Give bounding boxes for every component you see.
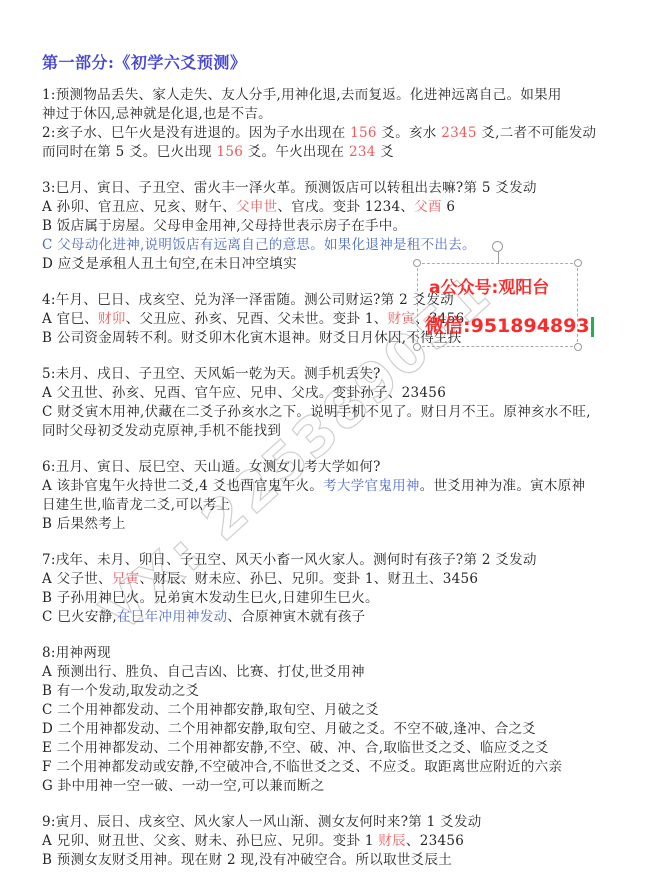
text-segment: 爻。午火出现在	[243, 144, 349, 160]
text-segment: C 二个用神都发动、二个用神都安静,取旬空、月破之爻	[42, 702, 379, 718]
text-segment: 而同时在第 5 爻。巳火出现	[42, 144, 216, 160]
text-segment: A 父丑世、孙亥、兄酉、官午应、兄申、父戌。变卦孙子、23456	[42, 385, 446, 401]
text-line: A 兄卯、财丑世、父亥、财未、孙巳应、兄卯。变卦 1 财辰、23456	[42, 832, 612, 851]
text-segment: 5:未月、戌日、子丑空、天风姤一乾为天。测手机丢失?	[42, 366, 381, 382]
text-segment: B 有一个发动,取发动之爻	[42, 683, 199, 699]
text-segment: G 卦中用神一空一破、一动一空,可以兼而断之	[42, 778, 324, 794]
text-line: C 父母动化进神,说明饭店有远离自己的意思。如果化退神是租不出去。	[42, 236, 612, 255]
text-segment: 同时父母初爻发动克原神,手机不能找到	[42, 423, 281, 439]
text-segment: 、官戌。变卦 1234、	[277, 199, 414, 215]
text-segment: 神过于休囚,忌神就是化退,也是不吉。	[42, 106, 272, 122]
text-line: 7:戌年、未月、卯日、子丑空、风天小畜一风火家人。测何时有孩子?第 2 爻发动	[42, 551, 612, 570]
text-segment: C 父母动化进神,说明饭店有远离自己的意思。如果化退神是租不出去。	[42, 237, 476, 253]
text-line: B 饭店属于房屋。父母申金用神,父母持世表示房子在手中。	[42, 217, 612, 236]
text-line: 同时父母初爻发动克原神,手机不能找到	[42, 422, 612, 441]
text-line: A 孙卯、官丑应、兄亥、财午、父申世、官戌。变卦 1234、父酉 6	[42, 198, 612, 217]
text-segment: 日建生世,临青龙二爻,可以考上	[42, 497, 231, 513]
text-segment: D 应爻是承租人丑土旬空,在未日冲空填实	[42, 256, 297, 272]
text-line: 5:未月、戌日、子丑空、天风姤一乾为天。测手机丢失?	[42, 365, 612, 384]
text-line: F 二个用神都发动或安静,不空破冲合,不临世爻之爻、不应爻。取距离世应附近的六亲	[42, 758, 612, 777]
text-segment: E 二个用神都发动、二个用神都安静,不空、破、冲、合,取临世爻之爻、临应爻之爻	[42, 740, 549, 756]
text-segment: 考大学官鬼用神	[323, 478, 420, 494]
text-line: 3:巳月、寅日、子丑空、雷火丰一泽火革。预测饭店可以转租出去嘛?第 5 爻发动	[42, 179, 612, 198]
text-line: E 二个用神都发动、二个用神都安静,不空、破、冲、合,取临世爻之爻、临应爻之爻	[42, 739, 612, 758]
text-line: 8:用神两现	[42, 644, 612, 663]
text-segment: 。世爻用神为准。寅木原神	[420, 478, 586, 494]
text-segment: B 后果然考上	[42, 516, 126, 532]
text-segment: 父酉	[414, 199, 442, 215]
text-segment: 爻。亥水	[377, 125, 441, 141]
text-segment: A 官巳、	[42, 311, 98, 327]
text-line: G 卦中用神一空一破、一动一空,可以兼而断之	[42, 777, 612, 796]
contact-wechat-label: 微信:951894893	[425, 315, 590, 337]
text-segment: 2:亥子水、巳午火是没有进退的。因为子水出现在	[42, 125, 350, 141]
text-line: 9:寅月、辰日、戌亥空、风火家人一风山渐、测女友何时来?第 1 爻发动	[42, 813, 612, 832]
text-line: B 子孙用神巳火。兄弟寅木发动生巳火,日建卯生巳火。	[42, 589, 612, 608]
text-segment: A 父子世、	[42, 571, 112, 587]
text-segment: 4:午月、巳日、戌亥空、兑为泽一泽雷随。测公司财运?第 2 爻发动	[42, 292, 454, 308]
resize-handle-top-right[interactable]	[574, 259, 582, 267]
contact-public-account-text[interactable]: a公众号:观阳台	[429, 273, 549, 298]
text-line: A 预测出行、胜负、自己吉凶、比赛、打仗,世爻用神	[42, 663, 612, 682]
text-line: A 父子世、兄寅、财辰、财未应、孙巳、兄卯。变卦 1、财丑土、3456	[42, 570, 612, 589]
text-segment: 兄寅	[112, 571, 140, 587]
document-page: 第一部分:《初学六爻预测》 1:预测物品丢失、家人走失、友人分手,用神化退,去而…	[0, 0, 648, 874]
paragraph: 1:预测物品丢失、家人走失、友人分手,用神化退,去而复返。化进神远离自己。如果用…	[42, 86, 612, 162]
paragraph: 6:丑月、寅日、辰巳空、天山遁。女测女儿考大学如何?A 该卦官鬼午火持世二爻,4…	[42, 458, 612, 534]
text-segment: A 预测出行、胜负、自己吉凶、比赛、打仗,世爻用神	[42, 664, 365, 680]
page-title: 第一部分:《初学六爻预测》	[42, 52, 612, 74]
text-segment: C 财爻寅木用神,伏藏在二爻子孙亥水之下。说明手机不见了。财日月不王。原神亥水不…	[42, 404, 591, 420]
text-segment: 6:丑月、寅日、辰巳空、天山遁。女测女儿考大学如何?	[42, 459, 381, 475]
text-segment: 、财辰、财未应、孙巳、兄卯。变卦 1、财丑土、3456	[139, 571, 478, 587]
text-segment: 爻,二者不可能发动	[477, 125, 597, 141]
text-line: B 后果然考上	[42, 515, 612, 534]
text-line: C 二个用神都发动、二个用神都安静,取旬空、月破之爻	[42, 701, 612, 720]
text-segment: A 孙卯、官丑应、兄亥、财午、	[42, 199, 236, 215]
text-segment: B 饭店属于房屋。父母申金用神,父母持世表示房子在手中。	[42, 218, 406, 234]
text-segment: 156	[216, 144, 243, 160]
text-segment: 6	[442, 199, 455, 215]
text-segment: 、合原神寅木就有孩子	[227, 609, 365, 625]
text-line: C 财爻寅木用神,伏藏在二爻子孙亥水之下。说明手机不见了。财日月不王。原神亥水不…	[42, 403, 612, 422]
text-line: 神过于休囚,忌神就是化退,也是不吉。	[42, 105, 612, 124]
contact-textbox[interactable]: a公众号:观阳台 微信:951894893	[417, 263, 578, 347]
text-segment: 9:寅月、辰日、戌亥空、风火家人一风山渐、测女友何时来?第 1 爻发动	[42, 814, 482, 830]
paragraph: 8:用神两现A 预测出行、胜负、自己吉凶、比赛、打仗,世爻用神B 有一个发动,取…	[42, 644, 612, 796]
resize-handle-top-left[interactable]	[413, 259, 421, 267]
text-segment: 2345	[441, 125, 477, 141]
text-segment: 7:戌年、未月、卯日、子丑空、风天小畜一风火家人。测何时有孩子?第 2 爻发动	[42, 552, 537, 568]
text-segment: 爻	[376, 144, 394, 160]
paragraph: 7:戌年、未月、卯日、子丑空、风天小畜一风火家人。测何时有孩子?第 2 爻发动A…	[42, 551, 612, 627]
text-segment: 财寅	[388, 311, 416, 327]
text-cursor	[591, 317, 594, 337]
text-line: B 有一个发动,取发动之爻	[42, 682, 612, 701]
paragraph: 9:寅月、辰日、戌亥空、风火家人一风山渐、测女友何时来?第 1 爻发动A 兄卯、…	[42, 813, 612, 870]
text-segment: B 预测女友财爻用神。现在财 2 现,没有冲破空合。所以取世爻辰土	[42, 852, 452, 868]
text-line: A 该卦官鬼午火持世二爻,4 爻也酉官鬼午火。考大学官鬼用神。世爻用神为准。寅木…	[42, 477, 612, 496]
text-segment: 3:巳月、寅日、子丑空、雷火丰一泽火革。预测饭店可以转租出去嘛?第 5 爻发动	[42, 180, 537, 196]
text-line: A 父丑世、孙亥、兄酉、官午应、兄申、父戌。变卦孙子、23456	[42, 384, 612, 403]
text-segment: 、父丑应、孙亥、兄酉、父未世。变卦 1、	[126, 311, 388, 327]
paragraph: 5:未月、戌日、子丑空、天风姤一乾为天。测手机丢失?A 父丑世、孙亥、兄酉、官午…	[42, 365, 612, 441]
text-segment: F 二个用神都发动或安静,不空破冲合,不临世爻之爻、不应爻。取距离世应附近的六亲	[42, 759, 562, 775]
text-segment: 1:预测物品丢失、家人走失、友人分手,用神化退,去而复返。化进神远离自己。如果用	[42, 87, 562, 103]
rotate-handle-stem	[498, 252, 499, 264]
text-line: B 预测女友财爻用神。现在财 2 现,没有冲破空合。所以取世爻辰土	[42, 851, 612, 870]
text-segment: 156	[350, 125, 377, 141]
contact-wechat-text[interactable]: 微信:951894893	[425, 311, 594, 338]
text-segment: 父申世	[236, 199, 277, 215]
text-segment: A 兄卯、财丑世、父亥、财未、孙巳应、兄卯。变卦 1	[42, 833, 378, 849]
text-segment: B 公司资金周转不利。财爻卯木化寅木退神。财爻日月休囚,不得生扶	[42, 330, 462, 346]
text-segment: 8:用神两现	[42, 645, 111, 661]
text-line: 而同时在第 5 爻。巳火出现 156 爻。午火出现在 234 爻	[42, 143, 612, 162]
text-segment: 、23456	[406, 833, 464, 849]
text-segment: 在巳年冲用神发动	[117, 609, 227, 625]
resize-handle-bottom-right[interactable]	[574, 343, 582, 351]
text-line: 1:预测物品丢失、家人走失、友人分手,用神化退,去而复返。化进神远离自己。如果用	[42, 86, 612, 105]
text-line: 6:丑月、寅日、辰巳空、天山遁。女测女儿考大学如何?	[42, 458, 612, 477]
resize-handle-bottom-left[interactable]	[413, 343, 421, 351]
text-segment: 234	[349, 144, 376, 160]
text-segment: C 巳火安静,	[42, 609, 117, 625]
text-segment: B 子孙用神巳火。兄弟寅木发动生巳火,日建卯生巳火。	[42, 590, 379, 606]
text-line: C 巳火安静,在巳年冲用神发动、合原神寅木就有孩子	[42, 608, 612, 627]
paragraph: 3:巳月、寅日、子丑空、雷火丰一泽火革。预测饭店可以转租出去嘛?第 5 爻发动A…	[42, 179, 612, 274]
text-segment: A 该卦官鬼午火持世二爻,4 爻也酉官鬼午火。	[42, 478, 323, 494]
document-body: 1:预测物品丢失、家人走失、友人分手,用神化退,去而复返。化进神远离自己。如果用…	[42, 86, 612, 870]
text-line: D 二个用神都发动、二个用神都安静,取旬空、月破之爻。不空不破,逢冲、合之爻	[42, 720, 612, 739]
text-line: 日建生世,临青龙二爻,可以考上	[42, 496, 612, 515]
text-segment: 财卯	[98, 311, 126, 327]
text-segment: 财辰	[378, 833, 406, 849]
text-line: 2:亥子水、巳午火是没有进退的。因为子水出现在 156 爻。亥水 2345 爻,…	[42, 124, 612, 143]
rotate-handle[interactable]	[492, 241, 503, 252]
text-segment: D 二个用神都发动、二个用神都安静,取旬空、月破之爻。不空不破,逢冲、合之爻	[42, 721, 536, 737]
